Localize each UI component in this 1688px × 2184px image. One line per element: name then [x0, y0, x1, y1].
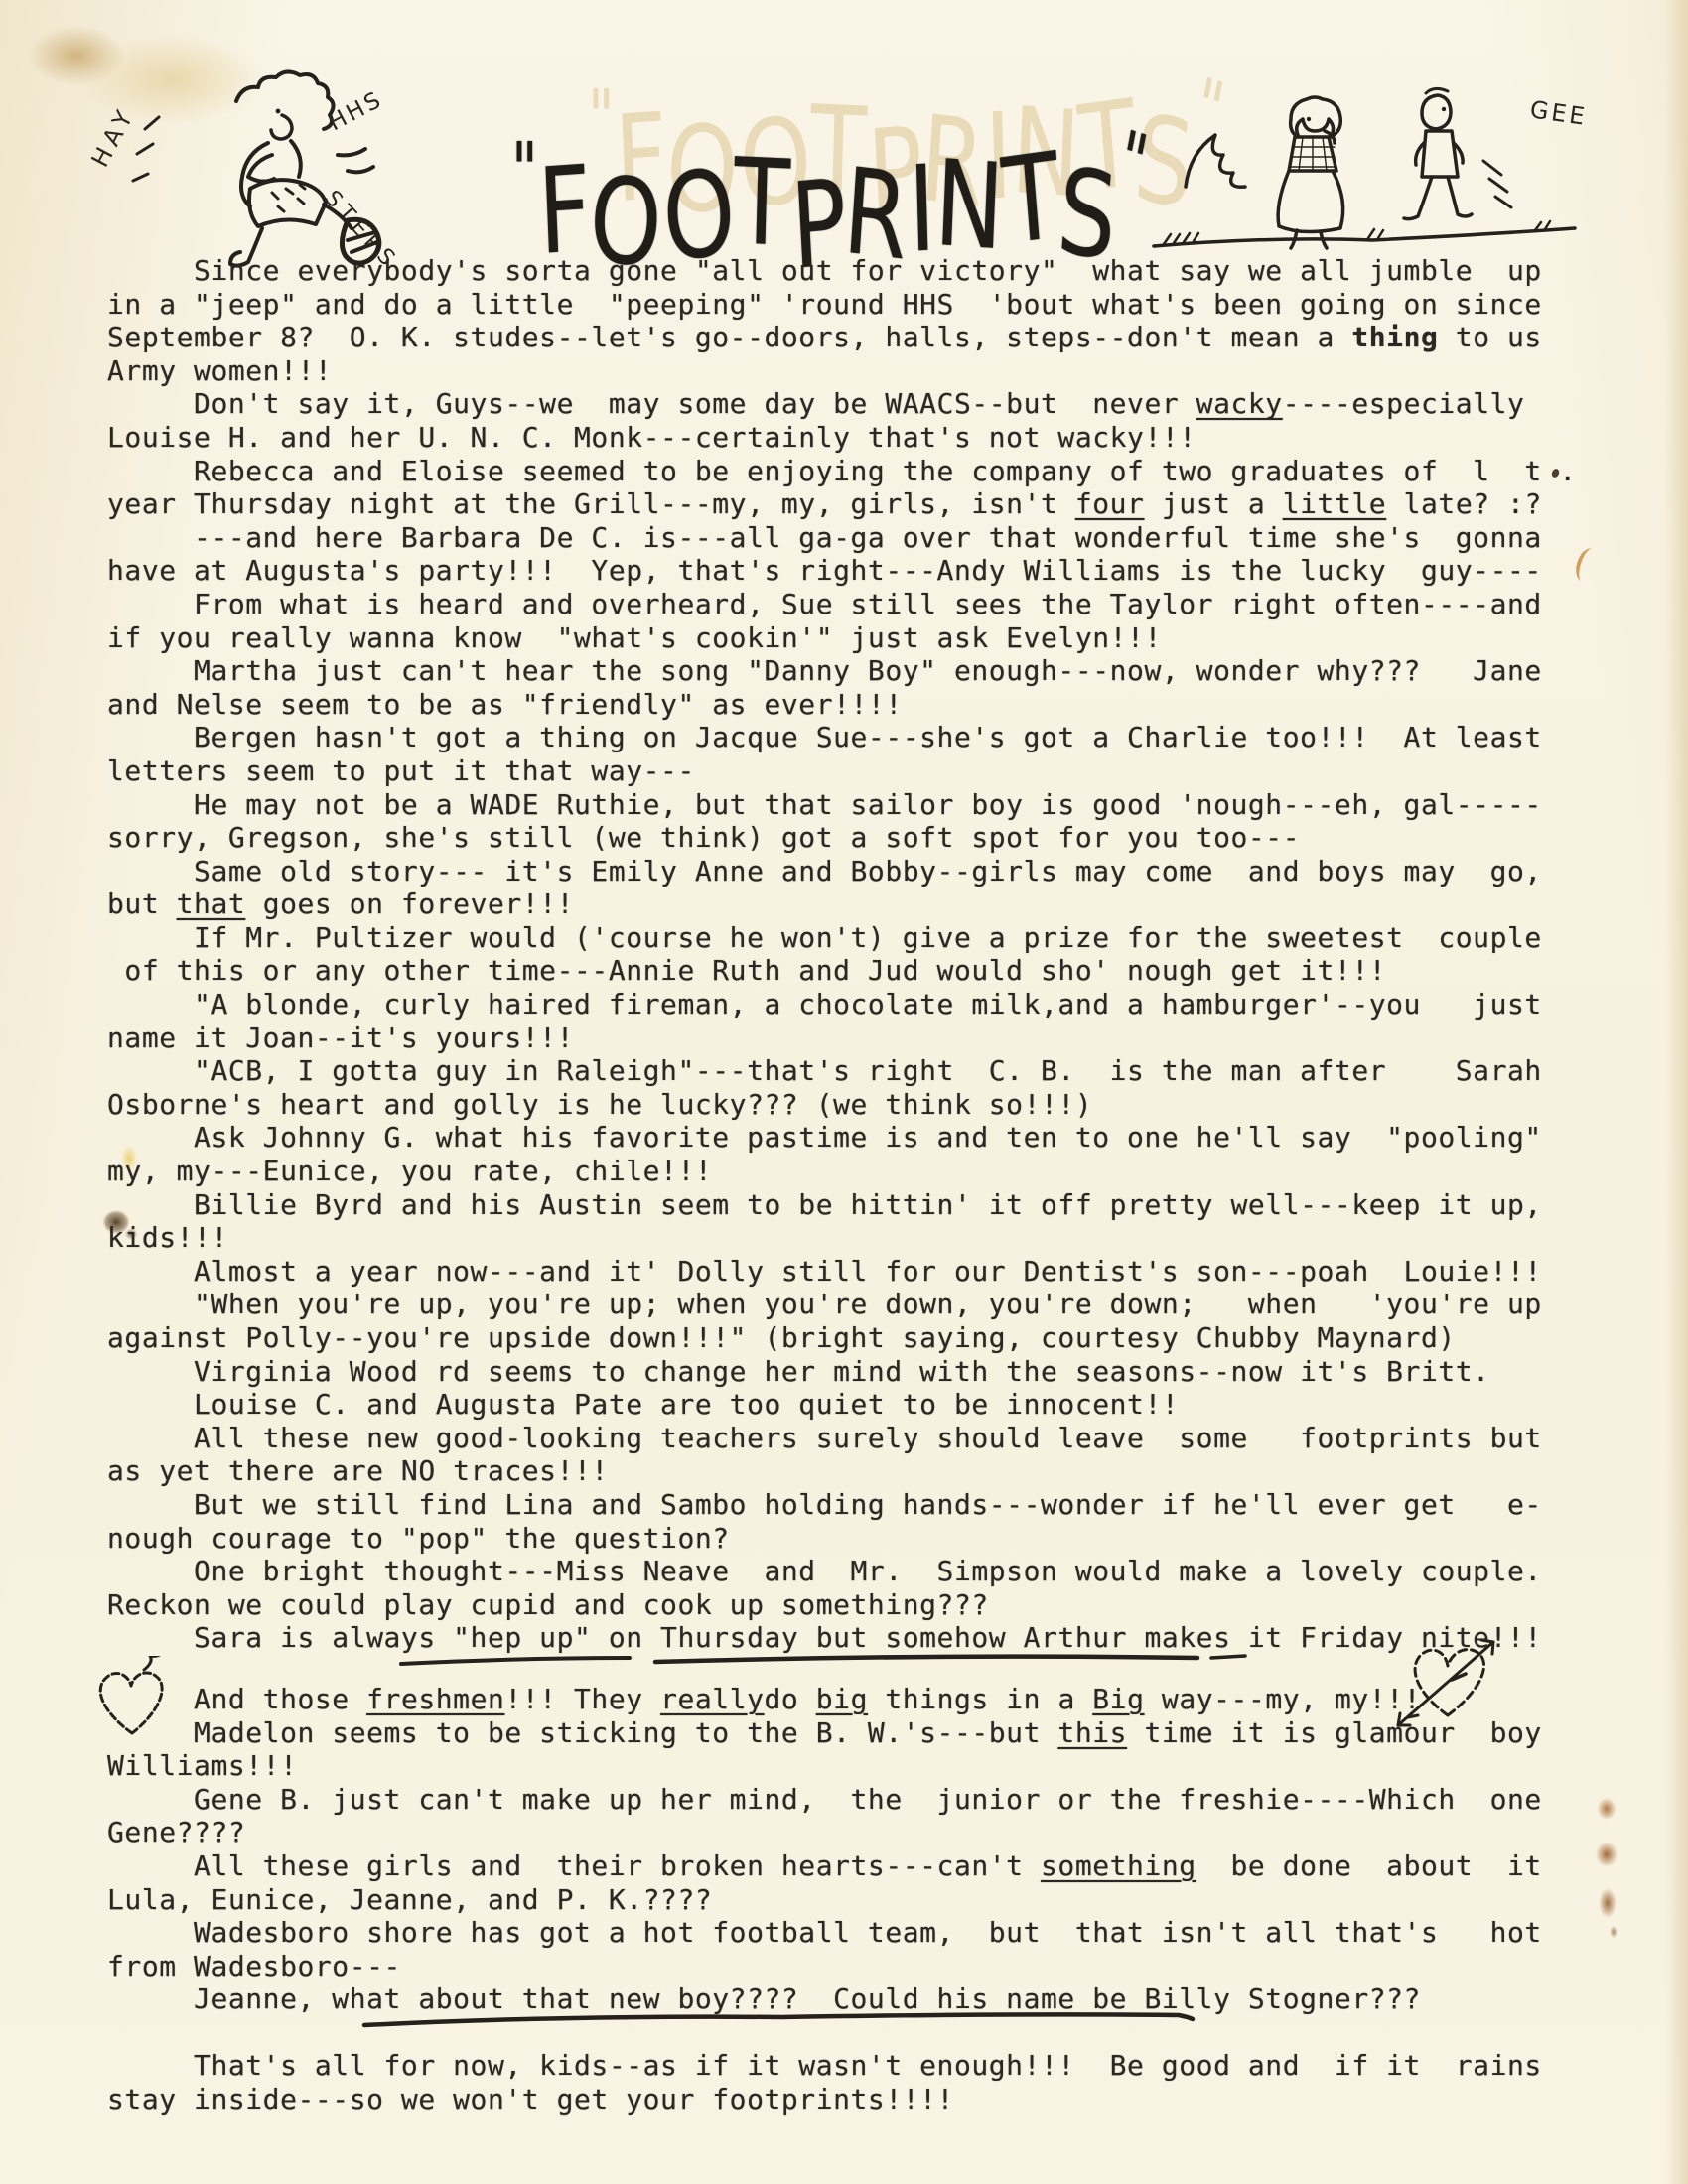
walking-kids-illustration: GEE	[1140, 69, 1589, 270]
text-line: But we still find Lina and Sambo holding…	[107, 1488, 1626, 1522]
text-line: name it Joan--it's yours!!!	[107, 1022, 1626, 1055]
motion-dashes	[133, 117, 159, 181]
text-line: as yet there are NO traces!!!	[107, 1454, 1626, 1488]
handwritten-gee-label: GEE	[1528, 95, 1589, 131]
shorts-spots	[272, 185, 305, 211]
handwritten-hay-label: HAY	[87, 101, 141, 172]
text-line: kids!!!	[107, 1221, 1626, 1255]
girl-skirt	[1278, 171, 1343, 232]
text-line: year Thursday night at the Grill---my, m…	[107, 487, 1626, 521]
text-line: One bright thought---Miss Neave and Mr. …	[107, 1555, 1626, 1588]
kid-torso-right	[291, 141, 301, 177]
text-line: Gene????	[107, 1816, 1626, 1849]
boy-head	[1422, 95, 1451, 129]
text-line: Billie Byrd and his Austin seem to be hi…	[107, 1188, 1626, 1222]
text-line: He may not be a WADE Ruthie, but that sa…	[107, 788, 1626, 822]
text-line: That's all for now, kids--as if it wasn'…	[107, 2049, 1626, 2083]
text-section: And those freshmen!!! They reallydo big …	[107, 1683, 1626, 2016]
text-line: Ask Johnny G. what his favorite pastime …	[107, 1121, 1626, 1155]
running-kid-illustration: HAY HHS STEPS	[87, 60, 450, 276]
underlined-word: really	[660, 1683, 764, 1715]
scribble-flourish	[1186, 135, 1245, 187]
text-line: Madelon seems to be sticking to the B. W…	[107, 1716, 1626, 1750]
boy-legs	[1404, 177, 1472, 219]
text-line: Lula, Eunice, Jeanne, and P. K.????	[107, 1883, 1626, 1917]
text-line: in a "jeep" and do a little "peeping" 'r…	[107, 288, 1626, 322]
text-line: have at Augusta's party!!! Yep, that's r…	[107, 554, 1626, 588]
masthead-title: "FOOTPRINTS"	[511, 134, 1144, 272]
girl-eye	[1307, 117, 1311, 121]
underlined-word: Big	[1092, 1683, 1144, 1715]
text-line: "A blonde, curly haired fireman, a choco…	[107, 988, 1626, 1022]
text-line: Since everybody's sorta gone "all out fo…	[107, 254, 1626, 288]
text-line: Reckon we could play cupid and cook up s…	[107, 1588, 1626, 1622]
text-line: September 8? O. K. studes--let's go--doo…	[107, 321, 1626, 354]
underlined-word: that	[177, 887, 246, 920]
text-line: All these girls and their broken hearts-…	[107, 1849, 1626, 1883]
text-line: and Nelse seem to be as "friendly" as ev…	[107, 688, 1626, 722]
text-line: Sara is always "hep up" on Thursday but …	[107, 1621, 1626, 1655]
text-line: Williams!!!	[107, 1749, 1626, 1783]
text-line: Virginia Wood rd seems to change her min…	[107, 1355, 1626, 1389]
title-open-quote: "	[511, 126, 538, 213]
underlined-word: something	[1041, 1849, 1196, 1882]
text-line: Louise H. and her U. N. C. Monk---certai…	[107, 421, 1626, 455]
boy-hair	[1426, 88, 1448, 93]
newsletter-page: "FOOTPRINTS" "FOOTPRINTS" HAY HHS STEPS	[0, 0, 1688, 2184]
girl-head	[1291, 97, 1341, 137]
kid-eye	[276, 109, 281, 114]
text-section: That's all for now, kids--as if it wasn'…	[107, 2049, 1626, 2116]
text-line: against Polly--you're upside down!!!" (b…	[107, 1321, 1626, 1355]
text-line: Jeanne, what about that new boy???? Coul…	[107, 1982, 1626, 2016]
text-line: Almost a year now---and it' Dolly still …	[107, 1255, 1626, 1289]
text-line: From what is heard and overheard, Sue st…	[107, 588, 1626, 621]
underlined-word: big	[816, 1683, 868, 1715]
text-line: All these new good-looking teachers sure…	[107, 1422, 1626, 1455]
text-line: from Wadesboro---	[107, 1950, 1626, 1983]
underlined-word: freshmen	[366, 1683, 504, 1715]
kid-shorts	[249, 180, 326, 226]
text-line: Rebecca and Eloise seemed to be enjoying…	[107, 455, 1626, 488]
underlined-word: four	[1075, 487, 1145, 520]
kid-hair	[236, 71, 334, 129]
text-line: And those freshmen!!! They reallydo big …	[107, 1683, 1626, 1716]
underlined-word: little	[1283, 487, 1386, 520]
text-line: Martha just can't hear the song "Danny B…	[107, 654, 1626, 688]
text-line: Louise C. and Augusta Pate are too quiet…	[107, 1388, 1626, 1422]
kid-arm	[248, 155, 274, 182]
bold-word: thing	[1351, 321, 1438, 353]
trailing-squiggle	[1483, 161, 1511, 207]
text-line: Gene B. just can't make up her mind, the…	[107, 1783, 1626, 1817]
title-letter: T	[733, 133, 792, 274]
text-line: nough courage to "pop" the question?	[107, 1522, 1626, 1556]
text-section: Since everybody's sorta gone "all out fo…	[107, 254, 1626, 1655]
kid-torso	[241, 143, 268, 206]
text-line: my, my---Eunice, you rate, chile!!!	[107, 1155, 1626, 1188]
text-line: Army women!!!	[107, 354, 1626, 388]
ground-line	[1154, 228, 1575, 246]
text-line: stay inside---so we won't get your footp…	[107, 2083, 1626, 2116]
underlined-word: this	[1057, 1716, 1127, 1749]
text-line: if you really wanna know "what's cookin'…	[107, 621, 1626, 655]
handwritten-hhs-label: HHS	[325, 86, 388, 136]
paper-edge-shadow	[1664, 0, 1688, 2184]
boy-jacket	[1422, 131, 1458, 177]
text-line: Don't say it, Guys--we may some day be W…	[107, 387, 1626, 421]
text-line: but that goes on forever!!!	[107, 887, 1626, 921]
steps-swoosh	[338, 149, 373, 172]
boy-eye	[1442, 107, 1446, 111]
underlined-word: wacky	[1196, 387, 1283, 420]
text-line: If Mr. Pultizer would ('course he won't)…	[107, 921, 1626, 955]
text-line: sorry, Gregson, she's still (we think) g…	[107, 821, 1626, 855]
text-line: Same old story--- it's Emily Anne and Bo…	[107, 855, 1626, 888]
text-line: Bergen hasn't got a thing on Jacque Sue-…	[107, 721, 1626, 754]
text-line: ---and here Barbara De C. is---all ga-ga…	[107, 521, 1626, 555]
text-line: Wadesboro shore has got a hot football t…	[107, 1916, 1626, 1950]
kid-face	[271, 115, 292, 139]
text-line: letters seem to put it that way---	[107, 754, 1626, 788]
text-line: Osborne's heart and golly is he lucky???…	[107, 1088, 1626, 1122]
text-line: "ACB, I gotta guy in Raleigh"---that's r…	[107, 1054, 1626, 1088]
text-line: "When you're up, you're up; when you're …	[107, 1288, 1626, 1321]
text-line: of this or any other time---Annie Ruth a…	[107, 954, 1626, 988]
